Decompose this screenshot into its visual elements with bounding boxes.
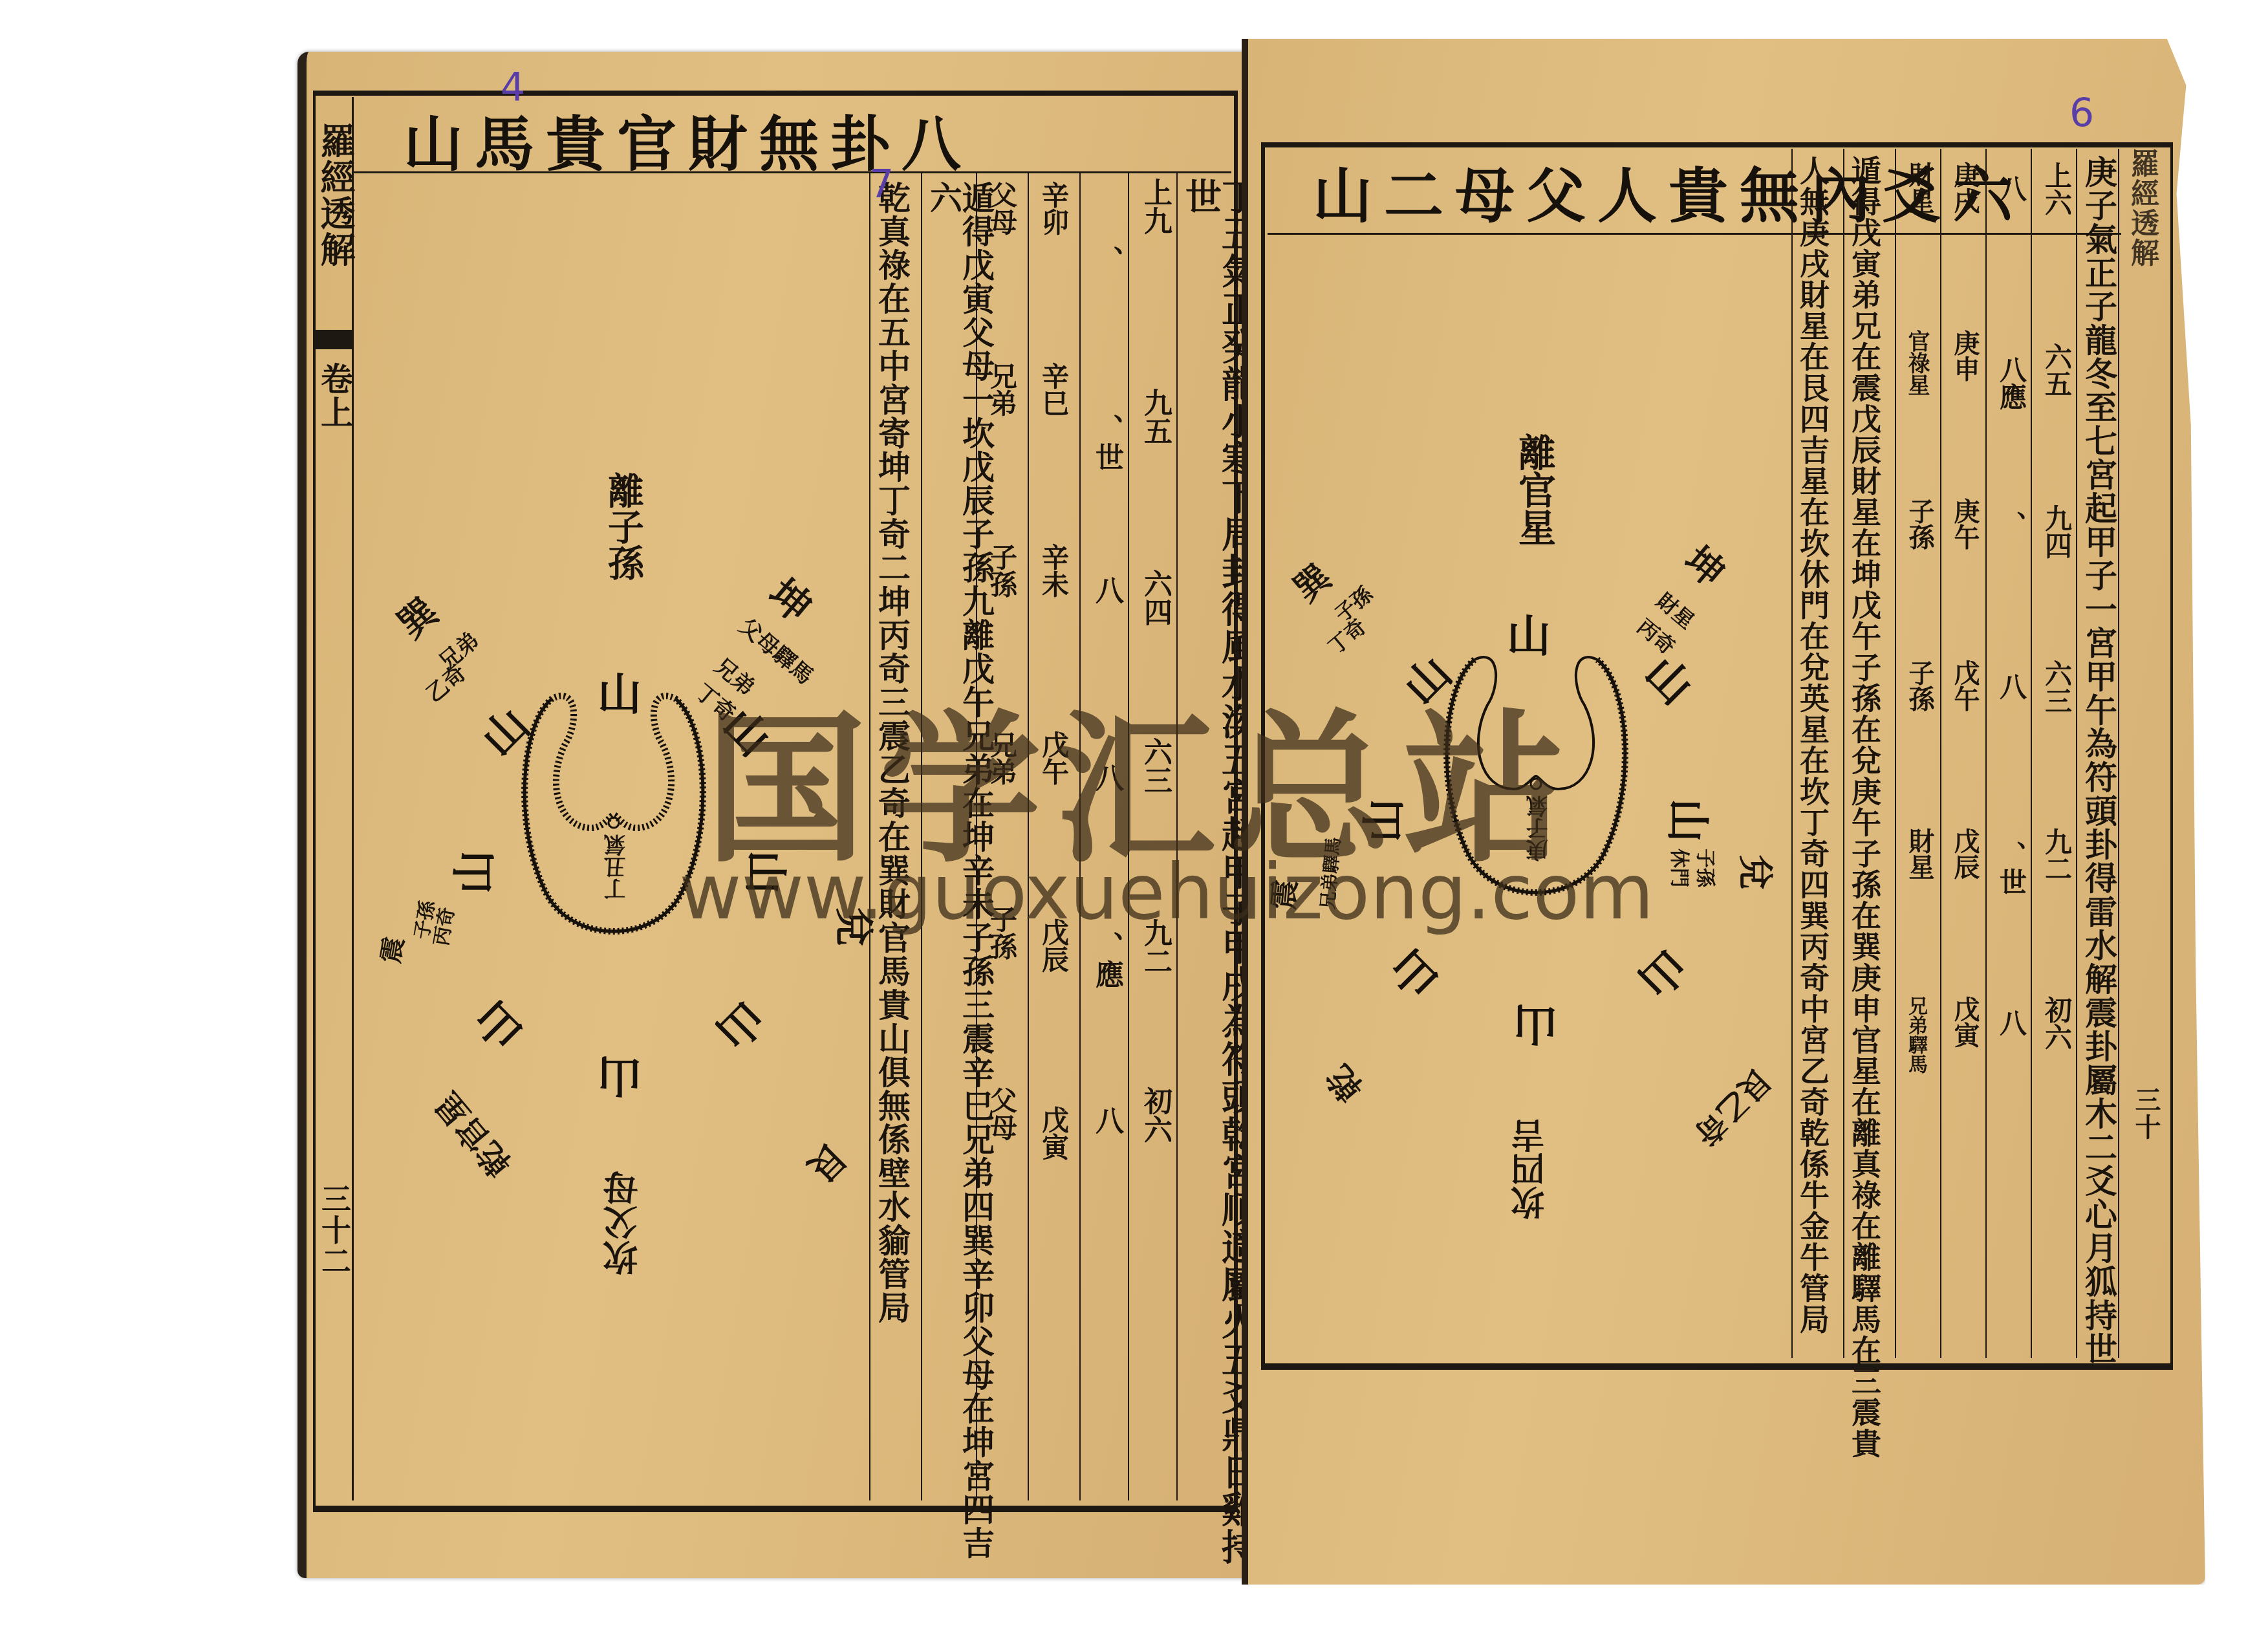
mountain-glyph: 山 bbox=[598, 660, 642, 722]
header-column: 庚子氣正子龍冬至七宮起甲子一宮甲午為符頭卦得雷水解震卦屬木二爻心月狐持世 bbox=[2082, 155, 2115, 1366]
branch-5: 戊辰 bbox=[1947, 828, 1983, 880]
relation-6: 兄弟驛馬 bbox=[1901, 996, 1930, 1074]
pos-1: 上九 bbox=[1134, 178, 1176, 235]
trigram-lower-right: 艮 bbox=[798, 1133, 860, 1195]
right-note-2: 休門 bbox=[1667, 849, 1696, 887]
relation-3: 子孫 bbox=[1901, 498, 1938, 550]
pos-5: 九二 bbox=[2037, 828, 2076, 882]
table-rule bbox=[1895, 149, 1896, 1358]
trigram-right: 兌 bbox=[1733, 855, 1782, 890]
pos-4: 六三 bbox=[2037, 660, 2076, 714]
note-column-1: 遁得戊寅弟兄在震戊辰財星在坤戊午子孫在兌庚午子孫在巽庚申官星在離真祿在離驛馬在三… bbox=[1850, 155, 1879, 1459]
margin-page-number: 三十 bbox=[2133, 1087, 2159, 1141]
margin-book-title: 羅經透解 bbox=[2128, 149, 2156, 268]
branch-2: 辛巳 bbox=[1034, 362, 1073, 417]
fishtail-mark bbox=[316, 330, 352, 349]
mountain-glyph: 山 bbox=[598, 1048, 642, 1110]
mark-5: 、世 bbox=[1992, 841, 2031, 895]
trigram-upper-left: 巽 bbox=[384, 583, 448, 649]
mark-5: 、應 bbox=[1086, 931, 1127, 988]
center-label: 丁丑氣 bbox=[601, 834, 632, 900]
mountain-glyph: 山 bbox=[1627, 938, 1703, 1013]
mark-3: 八 bbox=[1086, 576, 1127, 604]
mark-4: 八 bbox=[1992, 673, 2031, 700]
table-rule bbox=[2118, 149, 2119, 1358]
pen-annotation: 6 bbox=[2069, 91, 2094, 136]
pos-1: 上六 bbox=[2037, 162, 2076, 216]
branch-4: 戊午 bbox=[1947, 660, 1983, 711]
trigram-lower-left: 乾官星 bbox=[422, 1083, 521, 1187]
mountain-glyph: 山 bbox=[1507, 601, 1551, 664]
branch-2: 庚申 bbox=[1947, 330, 1983, 382]
note-column-2: 人無庚戌財星在艮四吉星在坎休門在兌英星在坎丁奇四巽丙奇中宮乙奇乾係牛金牛管局 bbox=[1798, 155, 1828, 1335]
trigram-top: 離子孫 bbox=[598, 472, 649, 581]
left-note-2: 丙奇 bbox=[425, 905, 460, 948]
upper-left-note-2: 丁奇 bbox=[1321, 611, 1372, 660]
mark-3: 、 bbox=[1992, 511, 2031, 538]
pos-2: 九五 bbox=[1134, 388, 1176, 445]
mark-6: 八 bbox=[1992, 1009, 2031, 1036]
branch-3: 庚午 bbox=[1947, 498, 1983, 550]
pen-annotation: 7 bbox=[869, 162, 894, 207]
relation-1: 財星 bbox=[1901, 162, 1938, 213]
mountain-glyph: 山 bbox=[440, 850, 502, 894]
mark-6: 八 bbox=[1086, 1106, 1127, 1134]
margin-page-number: 三十二 bbox=[319, 1184, 349, 1277]
pos-6: 初六 bbox=[2037, 996, 2076, 1050]
mountain-glyph: 山 bbox=[1513, 996, 1557, 1059]
table-rule bbox=[1985, 149, 1987, 1358]
margin-book-title: 羅經透解 bbox=[318, 123, 353, 268]
right-note-1: 子孫 bbox=[1693, 849, 1722, 887]
table-rule bbox=[1940, 149, 1941, 1358]
relation-4: 子孫 bbox=[1901, 660, 1938, 711]
pos-3: 九四 bbox=[2037, 504, 2076, 559]
trigram-upper-right: 坤 bbox=[1675, 531, 1738, 597]
pos-2: 六五 bbox=[2037, 343, 2076, 397]
trigram-bottom: 坎父母 bbox=[598, 1171, 647, 1275]
trigram-bottom: 坎四吉 bbox=[1507, 1119, 1555, 1220]
branch-6: 戊寅 bbox=[1947, 996, 1983, 1048]
mark-2: 八應 bbox=[1992, 356, 2031, 410]
branch-6: 戊寅 bbox=[1034, 1106, 1073, 1160]
mark-2: 、世 bbox=[1086, 414, 1127, 471]
mountain-glyph: 山 bbox=[1634, 640, 1709, 716]
branch-3: 辛未 bbox=[1034, 543, 1073, 598]
margin-volume: 卷上 bbox=[318, 362, 351, 429]
table-rule bbox=[2031, 149, 2032, 1358]
margin-rule bbox=[352, 97, 354, 1500]
pos-6: 初六 bbox=[1134, 1087, 1176, 1143]
trigram-lower-right: 艮乙奇 bbox=[1686, 1060, 1784, 1158]
mountain-glyph: 山 bbox=[1375, 938, 1451, 1013]
trigram-top: 離官星 bbox=[1507, 433, 1561, 546]
relation-5: 財星 bbox=[1901, 828, 1938, 880]
table-rule bbox=[1843, 149, 1844, 1358]
mark-1: 、 bbox=[1086, 246, 1127, 274]
branch-1: 庚戌 bbox=[1947, 162, 1983, 213]
mountain-glyph: 山 bbox=[705, 990, 781, 1065]
mark-1: 八 bbox=[1992, 175, 2031, 202]
trigram-lower-left: 乾 bbox=[1313, 1056, 1372, 1113]
mountain-glyph: 山 bbox=[459, 990, 535, 1065]
branch-1: 辛卯 bbox=[1034, 181, 1073, 235]
watermark-url: www.guoxuehuizong.com bbox=[679, 847, 1654, 937]
relation-2: 官祿星 bbox=[1901, 330, 1933, 396]
mountain-glyph: 山 bbox=[1659, 798, 1722, 842]
pen-annotation: 4 bbox=[501, 65, 525, 110]
table-rule bbox=[2076, 149, 2077, 1358]
table-rule bbox=[1791, 149, 1793, 1358]
pos-3: 六四 bbox=[1134, 569, 1176, 626]
